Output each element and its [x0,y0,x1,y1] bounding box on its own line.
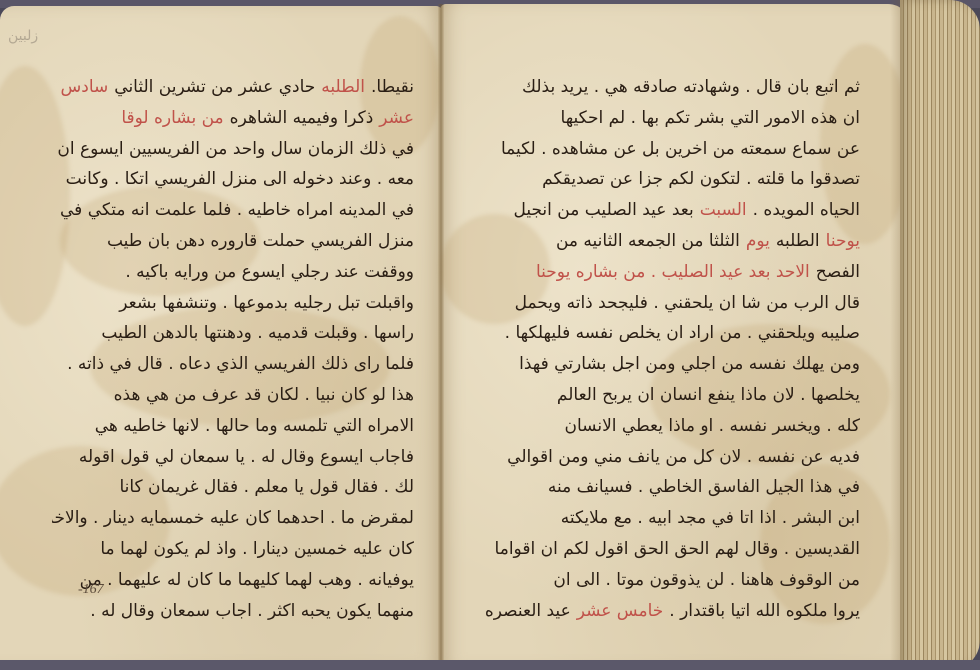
text-line: عشرذكرا وفيميه الشاهرهمن بشاره لوقا [52,103,414,134]
folio-number: -167 [78,582,104,598]
body-text: فاجاب ايسوع وقال له . يا سمعان لي قول اق… [79,442,414,473]
right-page-text: ثم اتبع بان قال . وشهادته صادقه هي . يري… [468,72,860,626]
body-text: القديسين . وقال لهم الحق الحق اقول لكم ا… [495,534,860,565]
body-text: تصدقوا ما قلته . لتكون لكم جزا عن تصديقك… [542,164,860,195]
text-line: لمقرض ما . احدهما كان عليه خمسمايه دينار… [52,503,414,534]
text-line: راسها . وقبلت قدميه . ودهنتها بالدهن الط… [52,318,414,349]
text-line: منزل الفريسي حملت قاروره دهن بان طيب [52,226,414,257]
body-text: الامراه التي تلمسه وما حالها . لانها خاط… [95,411,414,442]
body-text: لمقرض ما . احدهما كان عليه خمسمايه دينار… [52,503,414,534]
text-line: نقيطا.الطلبهحادي عشر من تشرين الثانيسادس [52,72,414,103]
body-text: الحياه المويده . [753,195,860,226]
text-line: معه . وعند دخوله الى منزل الفريسي اتكا .… [52,164,414,195]
text-line: من الوقوف هاهنا . لن يذوقون موتا . الى ا… [468,565,860,596]
rubric-text: يوحنا [826,226,860,257]
text-line: تصدقوا ما قلته . لتكون لكم جزا عن تصديقك… [468,164,860,195]
text-line: الحياه المويده .السبتبعد عيد الصليب من ا… [468,195,860,226]
body-text: الثلثا من الجمعه الثانيه من [556,226,740,257]
text-line: هذا لو كان نبيا . لكان قد عرف من هي هذه [52,380,414,411]
body-text: في ذلك الزمان سال واحد من الفريسيين ايسو… [52,134,414,165]
text-line: ثم اتبع بان قال . وشهادته صادقه هي . يري… [468,72,860,103]
manuscript-photo: زلبين نقيطا.الطلبهحادي عشر من تشرين الثا… [0,0,980,670]
text-line: في هذا الجيل الفاسق الخاطي . فسيانف منه [468,472,860,503]
body-text: واقبلت تبل رجليه بدموعها . وتنشفها بشعر [119,288,414,319]
body-text: ومن يهلك نفسه من اجلي ومن اجل بشارتي فهذ… [519,349,860,380]
body-text: كان عليه خمسين دينارا . واذ لم يكون لهما… [100,534,414,565]
body-text: منهما يكون يحبه اكثر . اجاب سمعان وقال ل… [90,596,414,627]
background-bottom [0,660,980,670]
body-text: نقيطا. [371,72,414,103]
text-line: ان هذه الامور التي بشر تكم بها . لم احكي… [468,103,860,134]
text-line: ووقفت عند رجلي ايسوع من ورايه باكيه . [52,257,414,288]
body-text: فديه عن نفسه . لان كل من يانف مني ومن اق… [507,442,860,473]
margin-note: زلبين [8,28,38,44]
body-text: الفصح [816,257,860,288]
body-text: راسها . وقبلت قدميه . ودهنتها بالدهن الط… [101,318,414,349]
text-line: في ذلك الزمان سال واحد من الفريسيين ايسو… [52,134,414,165]
body-text: ان هذه الامور التي بشر تكم بها . لم احكي… [561,103,860,134]
text-line: في المدينه امراه خاطيه . فلما علمت انه م… [52,195,414,226]
text-line: ابن البشر . اذا اتا في مجد ابيه . مع ملا… [468,503,860,534]
body-text: ذكرا وفيميه الشاهره [230,103,374,134]
rubric-text: يوم [746,226,770,257]
rubric-text: خامس عشر [577,596,664,627]
body-text: لك . فقال قول يا معلم . فقال غريمان كانا [119,472,414,503]
rubric-text: من بشاره لوقا [121,103,223,134]
text-line: قال الرب من شا ان يلحقني . فليجحد ذاته و… [468,288,860,319]
text-line: كان عليه خمسين دينارا . واذ لم يكون لهما… [52,534,414,565]
rubric-text: الاحد بعد عيد الصليب . من بشاره يوحنا [536,257,810,288]
body-text: في المدينه امراه خاطيه . فلما علمت انه م… [60,195,414,226]
body-text: ابن البشر . اذا اتا في مجد ابيه . مع ملا… [561,503,860,534]
body-text: يخلصها . لان ماذا ينفع انسان ان يربح الع… [557,380,860,411]
text-line: واقبلت تبل رجليه بدموعها . وتنشفها بشعر [52,288,414,319]
text-line: فلما راى ذلك الفريسي الذي دعاه . قال في … [52,349,414,380]
text-line: عن سماع سمعته من اخرين بل عن مشاهده . لك… [468,134,860,165]
text-line: لك . فقال قول يا معلم . فقال غريمان كانا [52,472,414,503]
text-line: كله . ويخسر نفسه . او ماذا يعطي الانسان [468,411,860,442]
text-line: يوفيانه . وهب لهما كليهما ما كان له عليه… [52,565,414,596]
body-text: عيد العنصره [485,596,571,627]
text-line: ومن يهلك نفسه من اجلي ومن اجل بشارتي فهذ… [468,349,860,380]
body-text: منزل الفريسي حملت قاروره دهن بان طيب [107,226,414,257]
body-text: في هذا الجيل الفاسق الخاطي . فسيانف منه [548,472,860,503]
body-text: يوفيانه . وهب لهما كليهما ما كان له عليه… [80,565,414,596]
body-text: قال الرب من شا ان يلحقني . فليجحد ذاته و… [515,288,860,319]
body-text: عن سماع سمعته من اخرين بل عن مشاهده . لك… [501,134,860,165]
body-text: ثم اتبع بان قال . وشهادته صادقه هي . يري… [522,72,860,103]
body-text: فلما راى ذلك الفريسي الذي دعاه . قال في … [67,349,414,380]
body-text: ووقفت عند رجلي ايسوع من ورايه باكيه . [125,257,414,288]
body-text: كله . ويخسر نفسه . او ماذا يعطي الانسان [565,411,860,442]
text-line: فاجاب ايسوع وقال له . يا سمعان لي قول اق… [52,442,414,473]
text-line: يوحناالطلبهيومالثلثا من الجمعه الثانيه م… [468,226,860,257]
text-line: القديسين . وقال لهم الحق الحق اقول لكم ا… [468,534,860,565]
body-text: يروا ملكوه الله اتيا باقتدار . [669,596,860,627]
text-line: يخلصها . لان ماذا ينفع انسان ان يربح الع… [468,380,860,411]
body-text: بعد عيد الصليب من انجيل [513,195,693,226]
rubric-text: الطلبه [321,72,365,103]
rubric-text: عشر [379,103,414,134]
body-text: من الوقوف هاهنا . لن يذوقون موتا . الى ا… [553,565,860,596]
rubric-text: سادس [61,72,109,103]
text-line: منهما يكون يحبه اكثر . اجاب سمعان وقال ل… [52,596,414,627]
rubric-text: السبت [700,195,747,226]
book-gutter [438,4,444,666]
left-page-text: نقيطا.الطلبهحادي عشر من تشرين الثانيسادس… [52,72,414,626]
text-line: فديه عن نفسه . لان كل من يانف مني ومن اق… [468,442,860,473]
text-line: الفصحالاحد بعد عيد الصليب . من بشاره يوح… [468,257,860,288]
text-line: يروا ملكوه الله اتيا باقتدار .خامس عشرعي… [468,596,860,627]
book-fore-edge [900,0,980,670]
text-line: الامراه التي تلمسه وما حالها . لانها خاط… [52,411,414,442]
body-text: معه . وعند دخوله الى منزل الفريسي اتكا .… [66,164,414,195]
text-line: صليبه ويلحقني . من اراد ان يخلص نفسه فلي… [468,318,860,349]
body-text: هذا لو كان نبيا . لكان قد عرف من هي هذه [114,380,414,411]
body-text: الطلبه [776,226,820,257]
body-text: صليبه ويلحقني . من اراد ان يخلص نفسه فلي… [505,318,860,349]
body-text: حادي عشر من تشرين الثاني [114,72,315,103]
